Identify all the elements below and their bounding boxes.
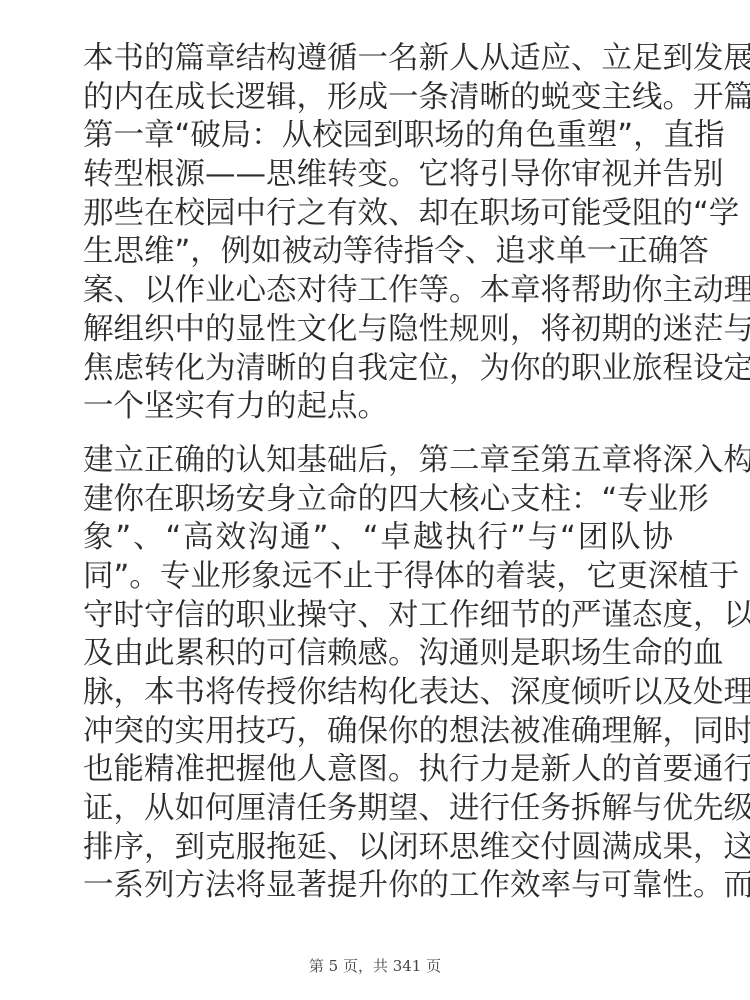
text-line: 及由此累积的可信赖感。沟通则是职场生命的血 bbox=[83, 635, 673, 674]
text-line: 焦虑转化为清晰的自我定位，为你的职业旅程设定 bbox=[83, 350, 673, 389]
text-line: 排序，到克服拖延、以闭环思维交付圆满成果，这 bbox=[83, 829, 673, 868]
text-line: 那些在校园中行之有效、却在职场可能受阻的“学 bbox=[83, 195, 673, 234]
text-line: 生思维”，例如被动等待指令、追求单一正确答 bbox=[83, 233, 673, 272]
text-line: 象”、“高效沟通”、“卓越执行”与“团队协 bbox=[83, 519, 673, 558]
text-line: 建立正确的认知基础后，第二章至第五章将深入构 bbox=[83, 442, 673, 481]
paragraph-2: 建立正确的认知基础后，第二章至第五章将深入构 建你在职场安身立命的四大核心支柱：… bbox=[83, 442, 673, 906]
text-line: 解组织中的显性文化与隐性规则，将初期的迷茫与 bbox=[83, 311, 673, 350]
text-line: 同”。专业形象远不止于得体的着装，它更深植于 bbox=[83, 558, 673, 597]
text-line: 案、以作业心态对待工作等。本章将帮助你主动理 bbox=[83, 272, 673, 311]
document-page: 本书的篇章结构遵循一名新人从适应、立足到发展 的内在成长逻辑，形成一条清晰的蜕变… bbox=[83, 40, 673, 906]
paragraph-1: 本书的篇章结构遵循一名新人从适应、立足到发展 的内在成长逻辑，形成一条清晰的蜕变… bbox=[83, 40, 673, 427]
text-line: 证，从如何厘清任务期望、进行任务拆解与优先级 bbox=[83, 790, 673, 829]
text-line: 第一章“破局：从校园到职场的角色重塑”，直指 bbox=[83, 117, 673, 156]
text-line: 也能精准把握他人意图。执行力是新人的首要通行 bbox=[83, 751, 673, 790]
text-line: 的内在成长逻辑，形成一条清晰的蜕变主线。开篇 bbox=[83, 79, 673, 118]
text-line: 守时守信的职业操守、对工作细节的严谨态度，以 bbox=[83, 597, 673, 636]
text-line: 一系列方法将显著提升你的工作效率与可靠性。而 bbox=[83, 867, 673, 906]
page-indicator: 第 5 页，共 341 页 bbox=[0, 955, 750, 976]
text-line: 建你在职场安身立命的四大核心支柱：“专业形 bbox=[83, 481, 673, 520]
text-line: 冲突的实用技巧，确保你的想法被准确理解，同时 bbox=[83, 713, 673, 752]
text-line: 转型根源——思维转变。它将引导你审视并告别 bbox=[83, 156, 673, 195]
text-line: 脉，本书将传授你结构化表达、深度倾听以及处理 bbox=[83, 674, 673, 713]
text-line: 本书的篇章结构遵循一名新人从适应、立足到发展 bbox=[83, 40, 673, 79]
text-line: 一个坚实有力的起点。 bbox=[83, 388, 673, 427]
